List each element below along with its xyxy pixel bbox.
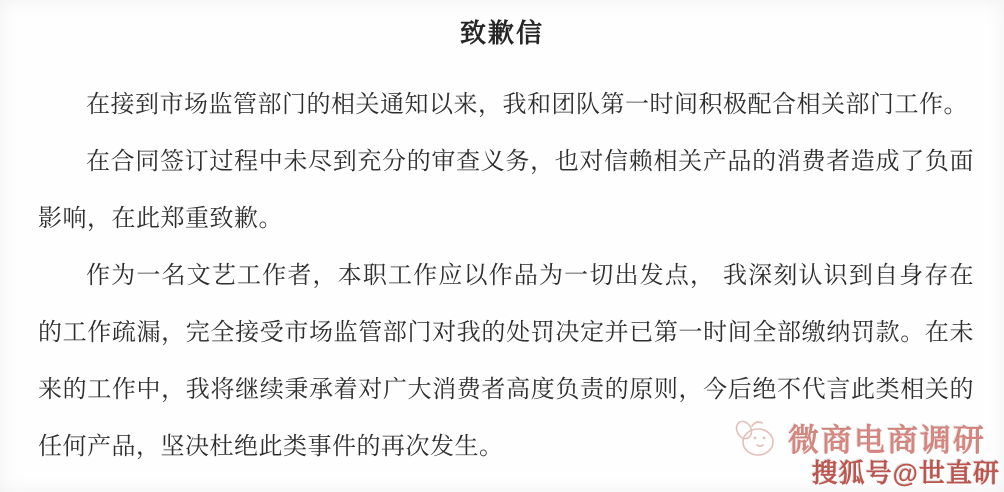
letter-body: 在接到市场监管部门的相关通知以来，我和团队第一时间积极配合相关部门工作。 在合同… xyxy=(0,76,1004,475)
page-title: 致歉信 xyxy=(0,0,1004,50)
letter-paragraph: 作为一名文艺工作者，本职工作应以作品为一切出发点， 我深刻认识到自身存在的工作疏… xyxy=(38,247,974,475)
letter-paragraph: 在合同签订过程中未尽到充分的审查义务，也对信赖相关产品的消费者造成了负面影响，在… xyxy=(38,133,974,247)
apology-letter-page: 致歉信 在接到市场监管部门的相关通知以来，我和团队第一时间积极配合相关部门工作。… xyxy=(0,0,1004,492)
letter-paragraph: 在接到市场监管部门的相关通知以来，我和团队第一时间积极配合相关部门工作。 xyxy=(38,76,974,133)
